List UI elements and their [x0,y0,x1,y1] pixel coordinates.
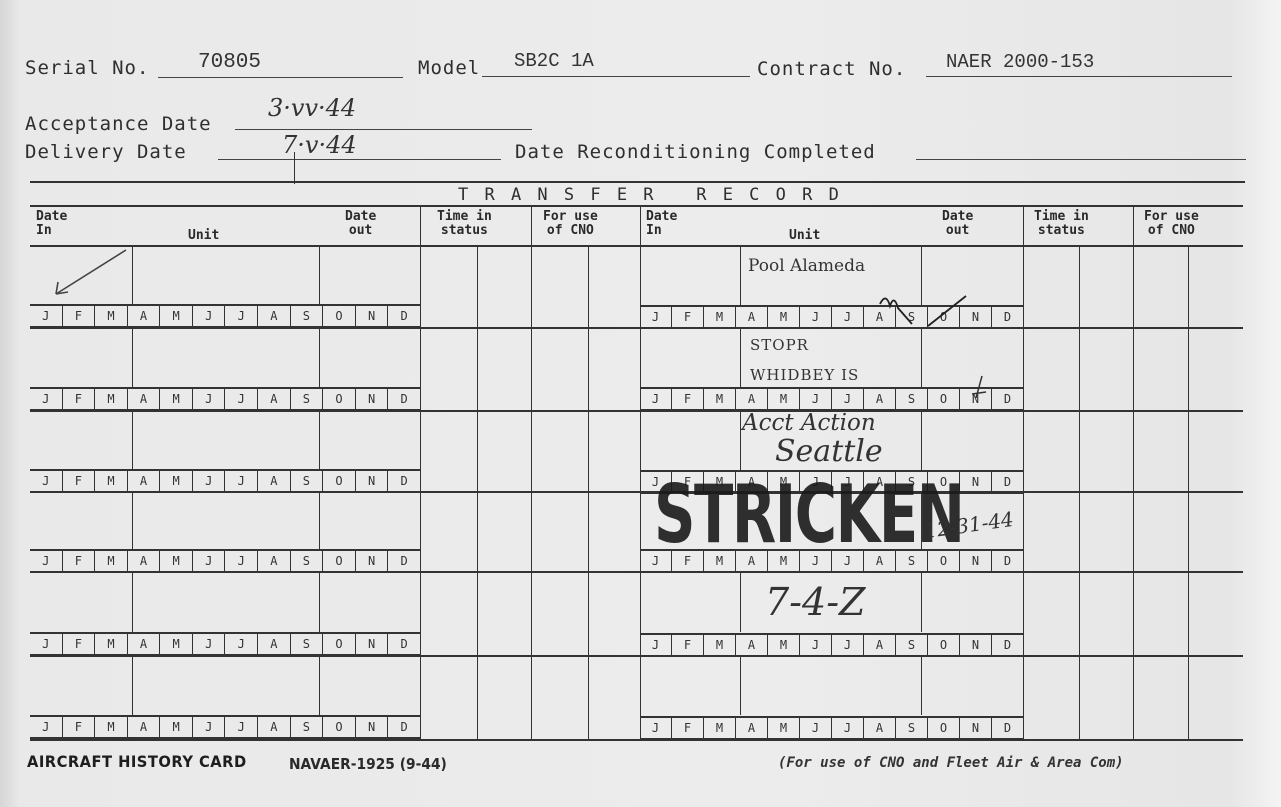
contract-label: Contract No. [757,58,906,80]
month-cell: F [63,306,96,326]
month-cell: J [193,717,226,737]
col-date-out: Date out [345,210,376,238]
month-cell: M [768,389,800,409]
unit-divider [319,655,320,715]
month-cell: A [258,634,291,654]
month-cell: S [896,635,928,655]
month-cell: D [992,635,1023,655]
month-cell: M [160,471,193,491]
table-top-border [30,205,1243,207]
reconditioning-field [916,140,1246,160]
month-cell: M [95,471,128,491]
aircraft-history-card: Serial No. 70805 Model SB2C 1A Contract … [0,0,1281,807]
month-cell: J [225,306,258,326]
month-cell: D [388,634,420,654]
month-cell: F [672,635,704,655]
month-cell: N [960,635,992,655]
month-cell: N [356,306,389,326]
unit-divider [132,327,133,388]
col-time-in-status: Time in status [437,210,492,238]
col-date-out-right: Date out [942,210,973,238]
unit-divider [132,571,133,632]
month-cell: M [768,635,800,655]
table-bottom-border [30,739,1243,741]
unit-entry-3-line2: Seattle [775,434,883,469]
month-cell: M [704,307,736,327]
unit-divider [740,571,741,632]
header-divider [30,181,1245,183]
month-cell: A [736,635,768,655]
month-cell: J [640,307,672,327]
month-cell: N [356,389,389,409]
month-cell: M [160,551,193,571]
month-cell: O [323,389,356,409]
serial-label: Serial No. [25,57,149,79]
col-unit-right: Unit [789,229,820,243]
month-cell: M [160,634,193,654]
month-cell: D [992,472,1023,492]
pen-stroke [294,152,295,184]
month-cell: J [225,717,258,737]
serial-value: 70805 [198,51,261,74]
unit-divider [132,491,133,549]
month-cell: S [291,551,324,571]
month-cell: O [323,471,356,491]
month-cell: F [63,717,96,737]
col-time-in-status-right: Time in status [1034,210,1089,238]
unit-divider [921,655,922,715]
month-cell: M [95,634,128,654]
month-row-right-5: JFMAMJJASOND [640,633,1023,657]
contract-value: NAER 2000-153 [946,51,1094,73]
month-row-left-1: JFMAMJJASOND [30,304,420,328]
card-title: AIRCRAFT HISTORY CARD [27,752,247,771]
month-cell: M [95,717,128,737]
month-cell: F [672,307,704,327]
unit-divider [132,655,133,715]
month-cell: J [225,471,258,491]
unit-entry-3-line1: Acct Action [742,410,876,436]
month-cell: A [736,718,768,738]
unit-divider [319,571,320,632]
month-cell: A [128,389,161,409]
month-cell: F [63,634,96,654]
month-cell: N [960,472,992,492]
month-cell: J [800,307,832,327]
month-cell: D [992,307,1023,327]
month-cell: A [258,471,291,491]
month-cell: M [95,389,128,409]
month-cell: M [160,306,193,326]
unit-divider [740,410,741,470]
month-cell: D [388,717,420,737]
month-cell: M [704,389,736,409]
month-cell: S [291,471,324,491]
month-cell: D [992,551,1023,571]
usage-note: (For use of CNO and Fleet Air & Area Com… [778,755,1124,771]
unit-entry-5: 7-4-Z [765,580,865,624]
month-cell: J [225,389,258,409]
unit-divider [132,410,133,470]
unit-divider [921,327,922,388]
month-cell: O [323,717,356,737]
col-for-use-cno: For use of CNO [543,210,598,238]
month-cell: S [896,718,928,738]
model-label: Model [418,57,480,79]
month-cell: J [30,306,63,326]
month-row-right-6: JFMAMJJASOND [640,716,1023,740]
month-cell: S [291,717,324,737]
month-cell: M [160,389,193,409]
month-cell: J [193,634,226,654]
col-unit: Unit [188,229,219,243]
month-cell: J [225,551,258,571]
month-cell: A [258,551,291,571]
divider [531,205,532,739]
month-cell: J [800,389,832,409]
month-cell: S [291,634,324,654]
unit-divider [132,245,133,305]
month-cell: A [736,389,768,409]
month-cell: S [291,306,324,326]
month-cell: A [128,306,161,326]
month-cell: A [258,717,291,737]
month-cell: J [832,389,864,409]
unit-divider [921,571,922,632]
month-cell: J [193,471,226,491]
unit-divider [319,410,320,470]
divider [1023,205,1024,739]
month-cell: D [388,306,420,326]
month-cell: N [960,718,992,738]
serial-field [158,57,403,78]
divider [1133,205,1134,739]
month-cell: N [356,717,389,737]
month-cell: A [128,471,161,491]
col-date-in-right: Date In [646,210,677,238]
month-cell: J [30,551,63,571]
month-cell: J [30,389,63,409]
unit-entry-2-line1: STOPR [750,336,809,354]
month-row-left-6: JFMAMJJASOND [30,715,420,739]
checkmark-icon [50,248,130,298]
month-cell: D [388,471,420,491]
stricken-stamp: STRICKEN [654,470,963,560]
month-cell: A [864,718,896,738]
unit-divider [921,410,922,470]
month-cell: J [193,389,226,409]
month-cell: A [736,307,768,327]
month-cell: M [95,306,128,326]
month-cell: A [128,551,161,571]
pen-mark [970,374,990,404]
month-cell: J [640,718,672,738]
month-row-left-4: JFMAMJJASOND [30,549,420,573]
unit-entry-1: Pool Alameda [748,256,865,276]
month-cell: J [30,471,63,491]
unit-divider [740,655,741,715]
month-cell: M [768,718,800,738]
acceptance-date-label: Acceptance Date [25,113,212,135]
month-cell: D [388,389,420,409]
month-cell: J [640,389,672,409]
month-cell: N [356,634,389,654]
month-cell: J [30,634,63,654]
month-cell: O [323,634,356,654]
month-cell: J [640,635,672,655]
month-row-right-2: JFMAMJJASOND [640,387,1023,411]
month-cell: J [800,718,832,738]
month-cell: J [832,307,864,327]
month-row-left-5: JFMAMJJASOND [30,632,420,656]
unit-divider [319,327,320,388]
month-cell: J [832,718,864,738]
month-cell: O [928,718,960,738]
month-cell: F [672,389,704,409]
month-cell: D [992,389,1023,409]
month-cell: J [225,634,258,654]
unit-divider [740,327,741,388]
month-cell: O [323,306,356,326]
month-cell: J [800,635,832,655]
unit-divider [319,491,320,549]
col-date-in: Date In [36,210,67,238]
month-cell: J [193,551,226,571]
month-row-left-3: JFMAMJJASOND [30,469,420,493]
month-cell: F [63,551,96,571]
transfer-record-title: T R A N S F E R R E C O R D [458,185,842,205]
month-cell: J [832,635,864,655]
month-cell: D [388,551,420,571]
month-cell: A [128,717,161,737]
month-cell: A [864,389,896,409]
acceptance-date-value: 3·vv·44 [268,94,356,122]
month-row-left-2: JFMAMJJASOND [30,387,420,411]
month-cell: O [928,389,960,409]
month-cell: M [704,635,736,655]
month-cell: N [356,471,389,491]
unit-divider [319,245,320,305]
model-value: SB2C 1A [514,50,594,72]
month-cell: O [928,635,960,655]
pen-mark [878,290,968,330]
delivery-date-field [218,140,501,160]
month-cell: F [672,718,704,738]
month-cell: A [864,635,896,655]
month-cell: M [95,551,128,571]
month-cell: N [960,551,992,571]
form-number: NAVAER-1925 (9-44) [289,755,447,773]
delivery-date-label: Delivery Date [25,141,187,163]
col-for-use-cno-right: For use of CNO [1144,210,1199,238]
month-cell: M [704,718,736,738]
month-cell: N [356,551,389,571]
divider [420,205,421,739]
month-cell: M [768,307,800,327]
month-cell: A [258,306,291,326]
month-cell: A [128,634,161,654]
month-cell: S [291,389,324,409]
month-cell: F [63,389,96,409]
reconditioning-label: Date Reconditioning Completed [515,141,876,163]
month-cell: S [896,389,928,409]
month-cell: F [63,471,96,491]
unit-divider [740,245,741,305]
unit-entry-2-line2: WHIDBEY IS [750,366,859,384]
month-cell: J [30,717,63,737]
month-cell: O [323,551,356,571]
month-cell: J [193,306,226,326]
month-cell: D [992,718,1023,738]
table-header-bottom [30,245,1243,247]
month-cell: M [160,717,193,737]
month-cell: A [258,389,291,409]
